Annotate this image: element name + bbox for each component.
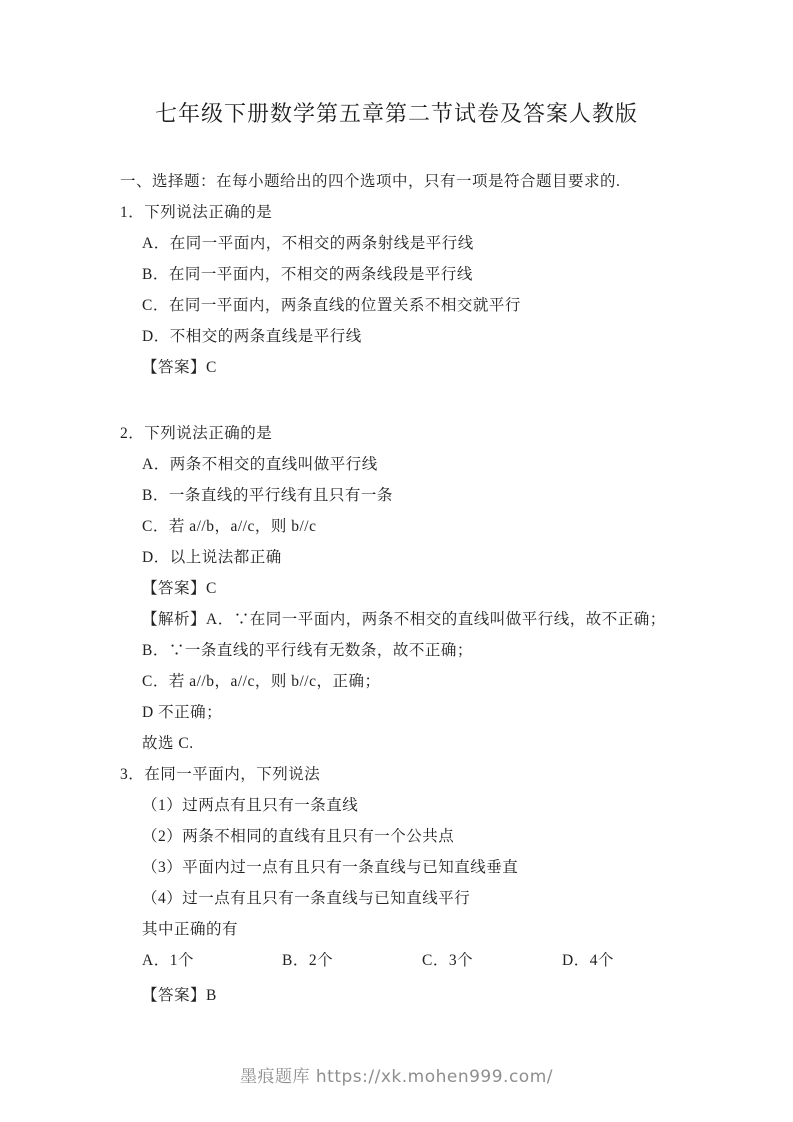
question-2-analysis-c: C．若 a//b，a//c，则 b//c，正确； bbox=[120, 666, 713, 697]
question-2-analysis-conclusion: 故选 C. bbox=[120, 728, 713, 759]
question-1-option-b: B．在同一平面内，不相交的两条线段是平行线 bbox=[120, 259, 713, 290]
question-2-option-c: C．若 a//b，a//c，则 b//c bbox=[120, 511, 713, 542]
question-3-option-c: C．3个 bbox=[422, 945, 562, 976]
section-header: 一、选择题：在每小题给出的四个选项中，只有一项是符合题目要求的. bbox=[120, 166, 713, 197]
document-page: 七年级下册数学第五章第二节试卷及答案人教版 一、选择题：在每小题给出的四个选项中… bbox=[0, 0, 793, 1122]
question-3-prompt-tail: 其中正确的有 bbox=[120, 914, 713, 945]
question-3-statement-3: （3）平面内过一点有且只有一条直线与已知直线垂直 bbox=[120, 852, 713, 883]
question-3-options-row: A．1个 B．2个 C．3个 D．4个 bbox=[120, 945, 713, 976]
question-2-stem: 2．下列说法正确的是 bbox=[120, 418, 713, 449]
question-1-option-d: D．不相交的两条直线是平行线 bbox=[120, 321, 713, 352]
question-1-answer: 【答案】C bbox=[120, 352, 713, 383]
question-2-analysis-d: D 不正确； bbox=[120, 697, 713, 728]
question-3-statement-2: （2）两条不相同的直线有且只有一个公共点 bbox=[120, 821, 713, 852]
question-1-stem: 1．下列说法正确的是 bbox=[120, 197, 713, 228]
question-2-analysis-a: 【解析】A．∵在同一平面内，两条不相交的直线叫做平行线，故不正确； bbox=[120, 604, 713, 635]
question-3-option-b: B．2个 bbox=[282, 945, 422, 976]
footer-text: 墨痕题库 https://xk.mohen999.com/ bbox=[0, 1062, 793, 1087]
question-1-option-a: A．在同一平面内，不相交的两条射线是平行线 bbox=[120, 228, 713, 259]
doc-body: 一、选择题：在每小题给出的四个选项中，只有一项是符合题目要求的. 1．下列说法正… bbox=[120, 166, 713, 1011]
question-2-option-d: D．以上说法都正确 bbox=[120, 542, 713, 573]
question-3-option-d: D．4个 bbox=[562, 945, 702, 976]
question-1-option-c: C．在同一平面内，两条直线的位置关系不相交就平行 bbox=[120, 290, 713, 321]
question-3-stem: 3．在同一平面内，下列说法 bbox=[120, 759, 713, 790]
question-3-statement-4: （4）过一点有且只有一条直线与已知直线平行 bbox=[120, 883, 713, 914]
question-2-analysis-b: B．∵一条直线的平行线有无数条，故不正确； bbox=[120, 635, 713, 666]
question-3-answer: 【答案】B bbox=[120, 980, 713, 1011]
question-3-option-a: A．1个 bbox=[142, 945, 282, 976]
question-2-option-a: A．两条不相交的直线叫做平行线 bbox=[120, 449, 713, 480]
question-2-option-b: B．一条直线的平行线有且只有一条 bbox=[120, 480, 713, 511]
doc-title: 七年级下册数学第五章第二节试卷及答案人教版 bbox=[0, 0, 793, 130]
question-3-statement-1: （1）过两点有且只有一条直线 bbox=[120, 790, 713, 821]
question-2-answer: 【答案】C bbox=[120, 573, 713, 604]
